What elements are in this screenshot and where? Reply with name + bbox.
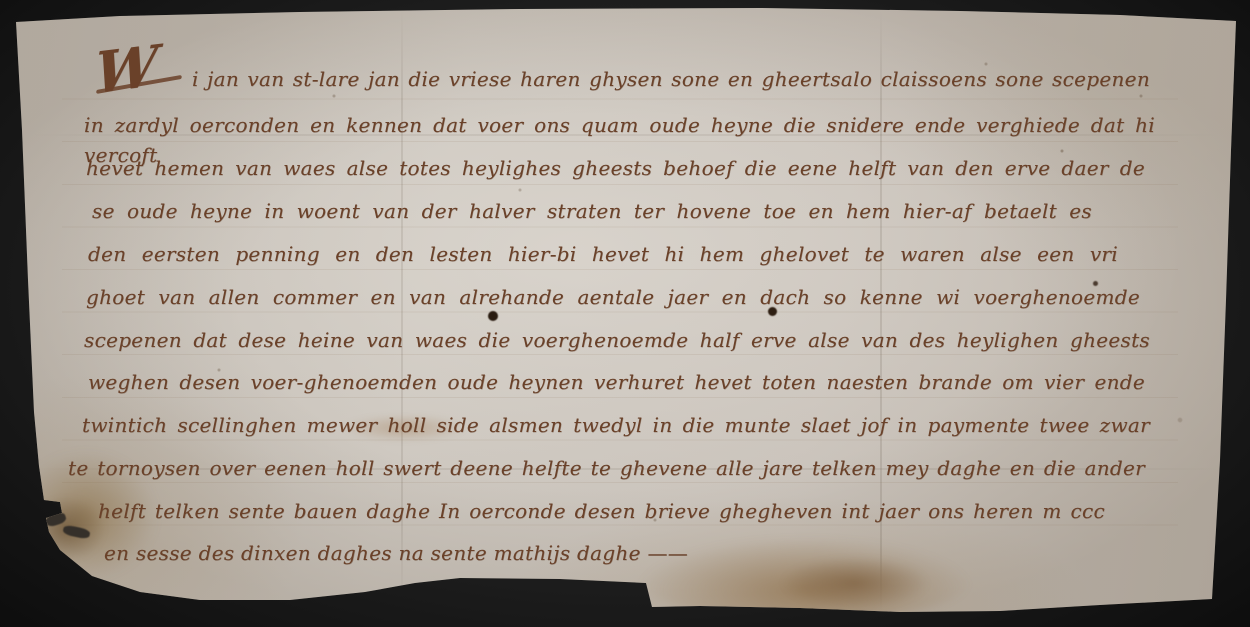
manuscript-line-11: helft telken sente bauen daghe In oercon… [98,496,1105,526]
manuscript-line-8: weghen desen voer-ghenoemden oude heynen… [88,367,1145,397]
parchment-charter: W i jan van st-lare jan die vriese haren… [0,0,1250,627]
photo-background: W i jan van st-lare jan die vriese haren… [0,0,1250,627]
manuscript-line-1: W i jan van st-lare jan die vriese haren… [90,64,1150,108]
manuscript-line-5: den eersten penning en den lesten hier-b… [88,239,1118,269]
manuscript-line-12: en sesse des dinxen daghes na sente math… [104,538,688,568]
manuscript-line-10: te tornoysen over eenen holl swert deene… [68,453,1145,483]
manuscript-line-9: twintich scellinghen mewer holl side als… [82,410,1150,440]
illuminated-initial: W [94,39,198,96]
manuscript-line-4: se oude heyne in woent van der halver st… [92,196,1092,226]
manuscript-line-1-text: i jan van st-lare jan die vriese haren g… [192,64,1150,94]
manuscript-line-7: scepenen dat dese heine van waes die voe… [84,325,1150,355]
manuscript-line-6: ghoet van allen commer en van alrehande … [86,282,1140,312]
manuscript-text: W i jan van st-lare jan die vriese haren… [0,0,1250,627]
manuscript-line-3: hevet hemen van waes alse totes heylighe… [86,153,1145,183]
